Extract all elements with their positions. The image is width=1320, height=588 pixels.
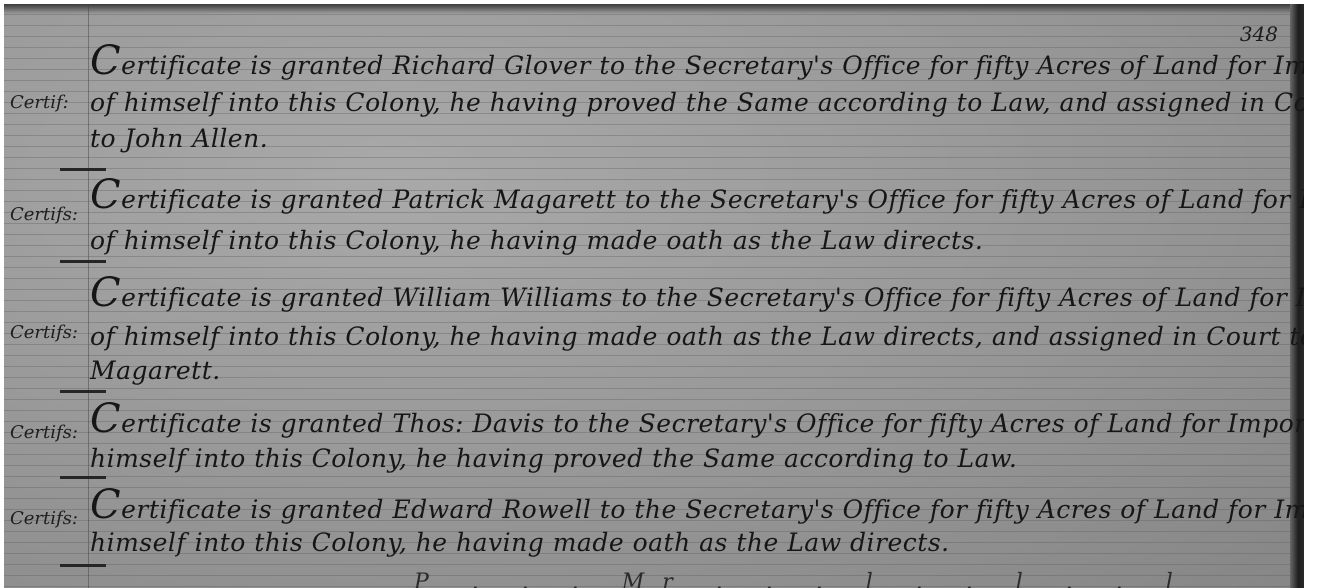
margin-rule: [88, 4, 89, 588]
entry-line: Certificate is granted Edward Rowell to …: [90, 482, 1304, 528]
margin-note: Certifs:: [10, 204, 78, 225]
entry-line: Certificate is granted Richard Glover to…: [90, 38, 1304, 84]
entry-line: of himself into this Colony, he having m…: [90, 226, 983, 255]
entry-divider: [60, 168, 106, 171]
entry-line: Certificate is granted William Williams …: [90, 270, 1304, 316]
entry-divider: [60, 564, 106, 567]
margin-note: Certifs:: [10, 508, 78, 529]
entry-line: of himself into this Colony, he having p…: [90, 88, 1304, 117]
entry-divider: [60, 476, 106, 479]
entry-divider: [60, 390, 106, 393]
entry-line: of himself into this Colony, he having m…: [90, 322, 1304, 351]
margin-note: Certifs:: [10, 422, 78, 443]
margin-note: Certifs:: [10, 322, 78, 343]
entry-line: himself into this Colony, he having prov…: [90, 444, 1017, 473]
margin-note: Certif:: [10, 92, 69, 113]
entry-line: Certificate is granted Thos: Davis to th…: [90, 396, 1304, 442]
entry-line: Magarett.: [90, 356, 221, 385]
manuscript-page: 348 Certif: Certificate is granted Richa…: [4, 4, 1304, 588]
entry-line: Certificate is granted Patrick Magarett …: [90, 172, 1304, 218]
entry-divider: [60, 260, 106, 263]
partial-next-entry: P . . . Mr . . . l . . l . . l: [414, 570, 1191, 588]
entry-line: himself into this Colony, he having made…: [90, 528, 950, 557]
entry-line: to John Allen.: [90, 124, 268, 153]
